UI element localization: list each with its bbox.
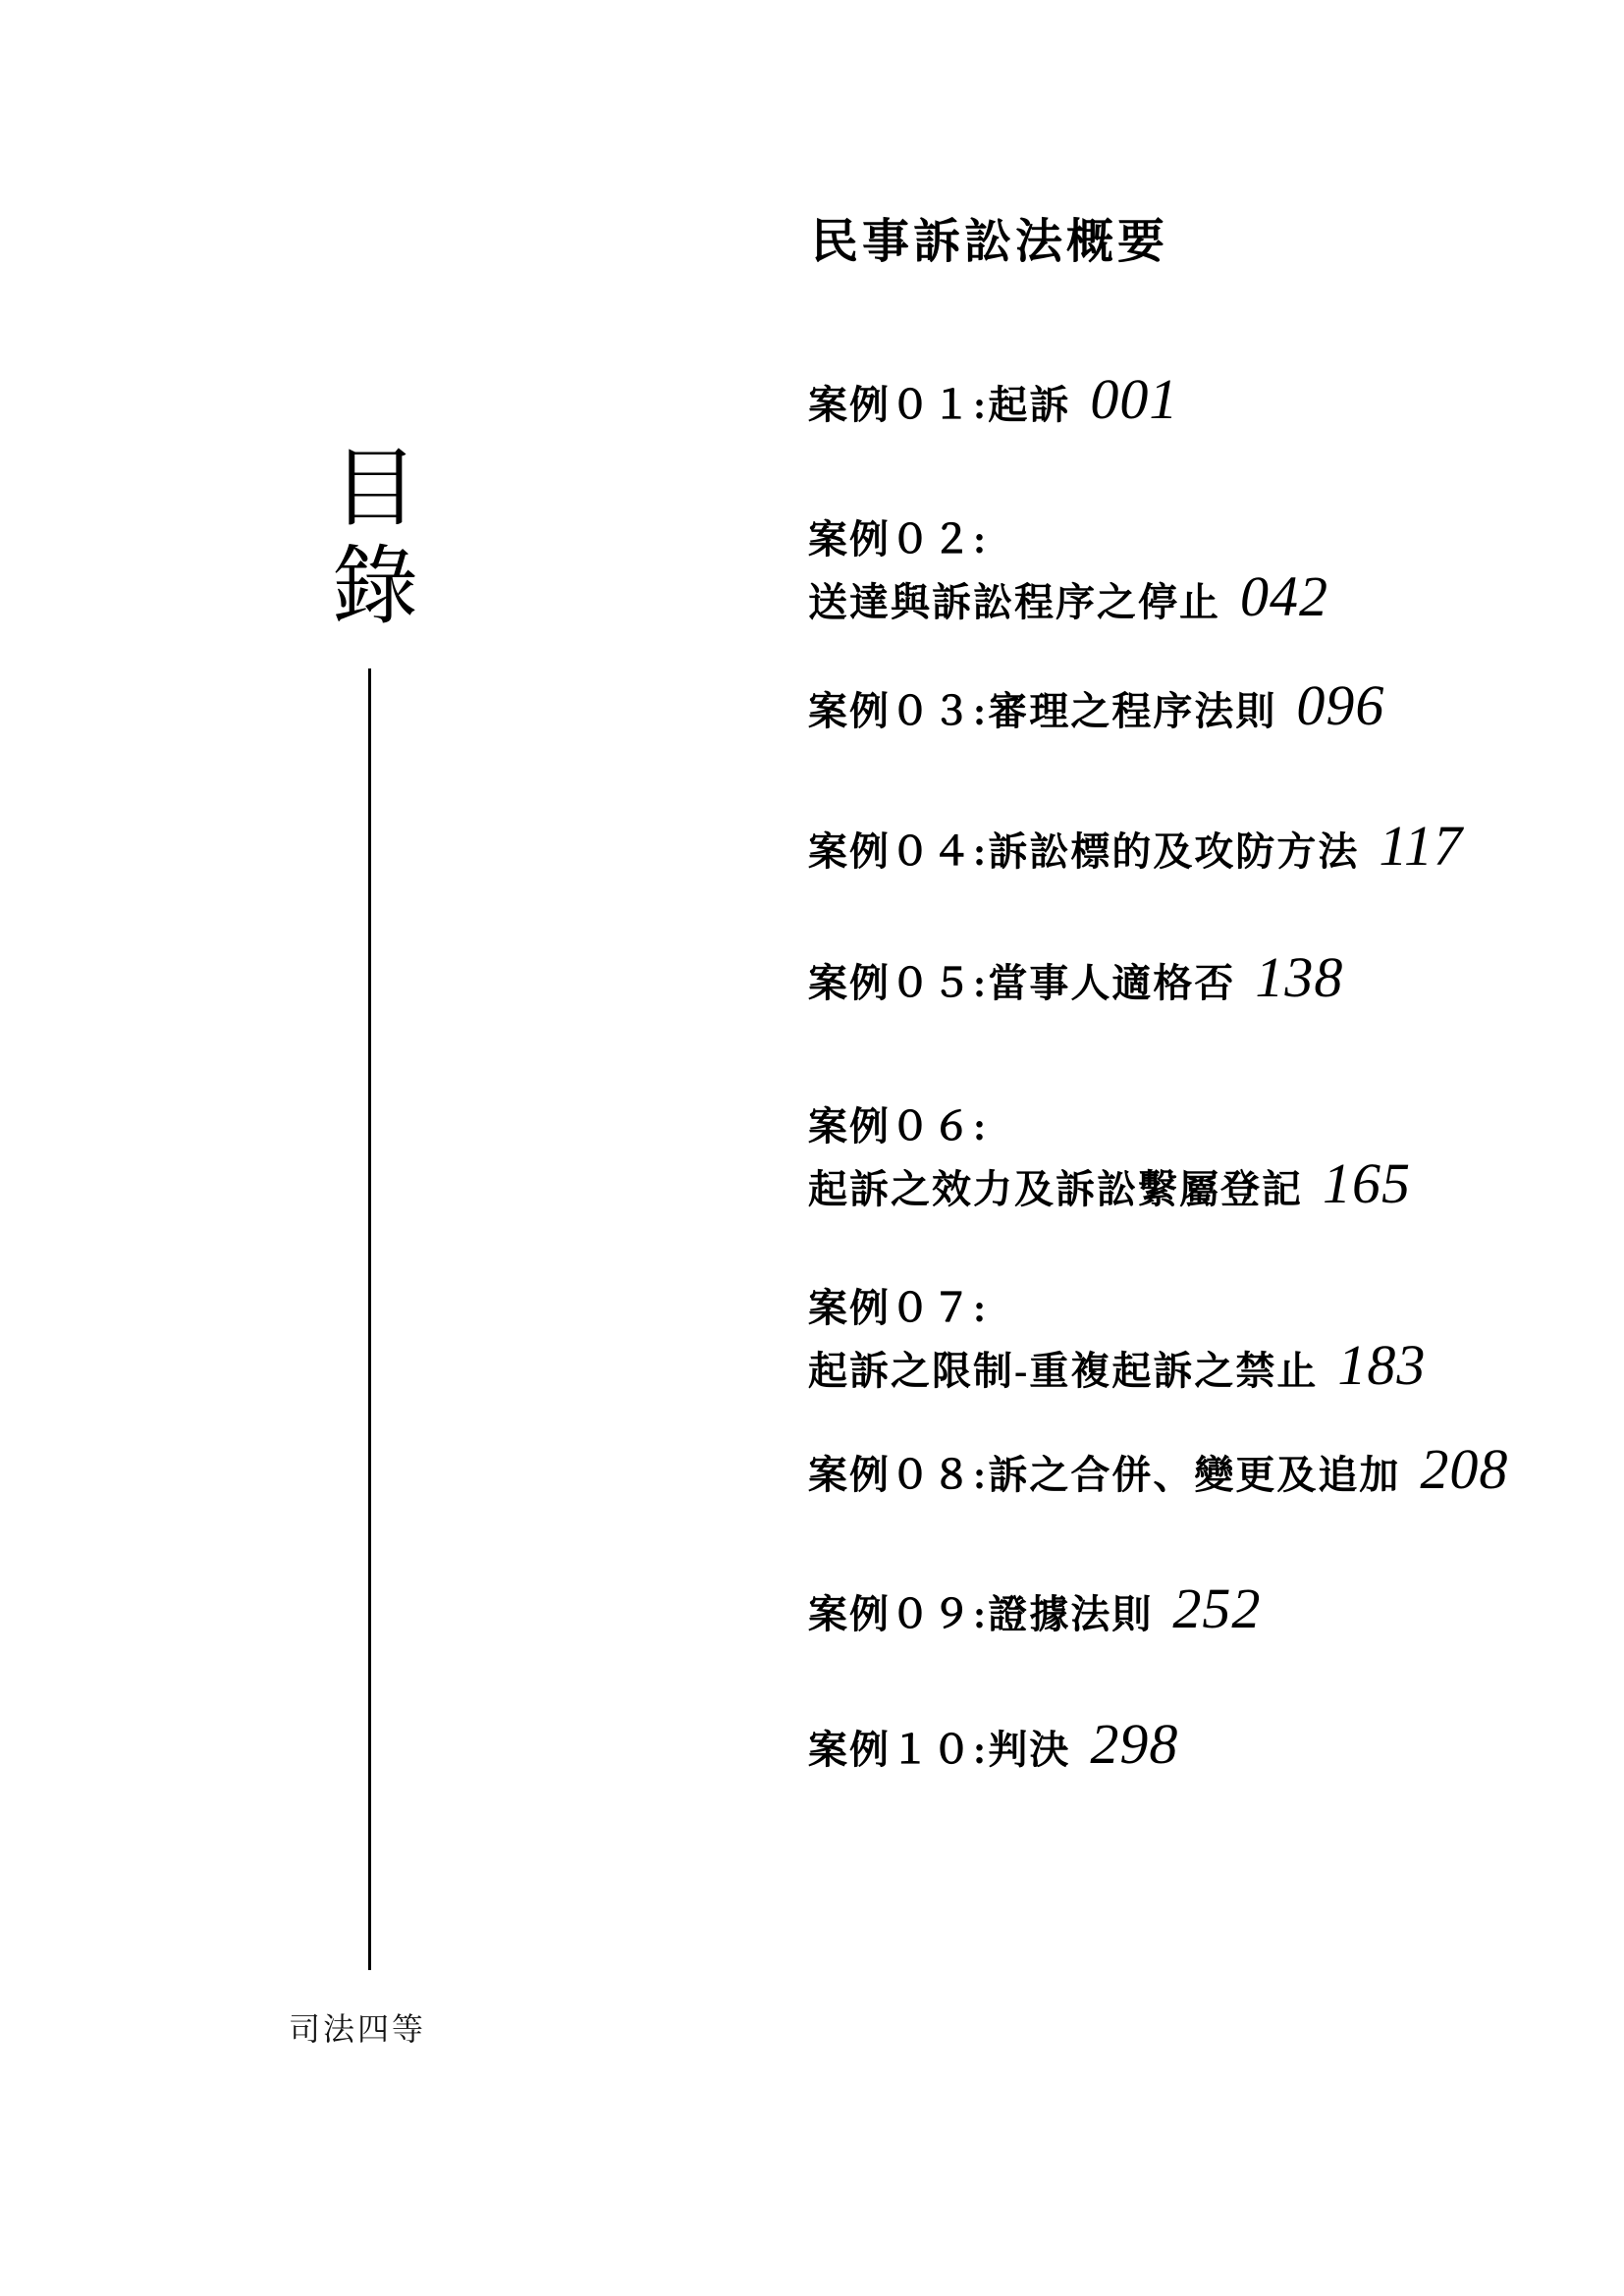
toc-entry-label: 案例０６: 起訴之效力及訴訟繫屬登記 — [808, 1104, 1303, 1211]
toc-heading: 目錄 — [323, 442, 409, 638]
toc-entry: 案例０９:證據法則252 — [808, 1583, 1261, 1646]
toc-entry-label: 案例０７: 起訴之限制-重複起訴之禁止 — [808, 1286, 1318, 1393]
toc-entry-label: 案例０８:訴之合併、變更及追加 — [808, 1453, 1400, 1497]
toc-entry: 案例１０:判決298 — [808, 1719, 1178, 1782]
toc-entry-page-number: 183 — [1337, 1333, 1426, 1397]
vertical-divider-line — [368, 668, 371, 1970]
toc-entry-page-number: 298 — [1090, 1712, 1178, 1776]
toc-entry-page-number: 252 — [1172, 1576, 1261, 1640]
toc-entry-page-number: 165 — [1323, 1151, 1411, 1215]
page-title: 民事訴訟法概要 — [811, 214, 1168, 271]
toc-entry-page-number: 001 — [1090, 367, 1178, 431]
toc-entry-label: 案例０３:審理之程序法則 — [808, 689, 1276, 733]
toc-entry-page-number: 138 — [1255, 945, 1343, 1009]
toc-entry: 案例０５:當事人適格否138 — [808, 952, 1343, 1015]
toc-entry-label: 案例１０:判決 — [808, 1728, 1070, 1772]
toc-entry: 案例０７: 起訴之限制-重複起訴之禁止183 — [808, 1277, 1426, 1403]
toc-entry-label: 案例０４:訴訟標的及攻防方法 — [808, 829, 1359, 874]
toc-entry: 案例０３:審理之程序法則096 — [808, 680, 1384, 743]
series-label: 司法四等 — [289, 2004, 426, 2050]
toc-entry-page-number: 208 — [1420, 1437, 1508, 1501]
toc-entry-page-number: 042 — [1240, 564, 1328, 628]
toc-entry-label: 案例０９:證據法則 — [808, 1592, 1153, 1636]
toc-entry-label: 案例０２: 送達與訴訟程序之停止 — [808, 517, 1220, 624]
toc-entry-label: 案例０１:起訴 — [808, 383, 1070, 427]
toc-page: 民事訴訟法概要 目錄 案例０１:起訴001 案例０２: 送達與訴訟程序之停止04… — [0, 0, 1624, 2296]
toc-entry: 案例０６: 起訴之效力及訴訟繫屬登記165 — [808, 1095, 1411, 1221]
toc-entry: 案例０２: 送達與訴訟程序之停止042 — [808, 508, 1328, 634]
toc-entry-page-number: 096 — [1296, 673, 1384, 737]
toc-entry-page-number: 117 — [1379, 814, 1463, 878]
toc-entry: 案例０１:起訴001 — [808, 374, 1178, 437]
toc-entry-label: 案例０５:當事人適格否 — [808, 961, 1235, 1005]
toc-entry: 案例０８:訴之合併、變更及追加208 — [808, 1444, 1508, 1507]
toc-entry: 案例０４:訴訟標的及攻防方法117 — [808, 821, 1463, 883]
